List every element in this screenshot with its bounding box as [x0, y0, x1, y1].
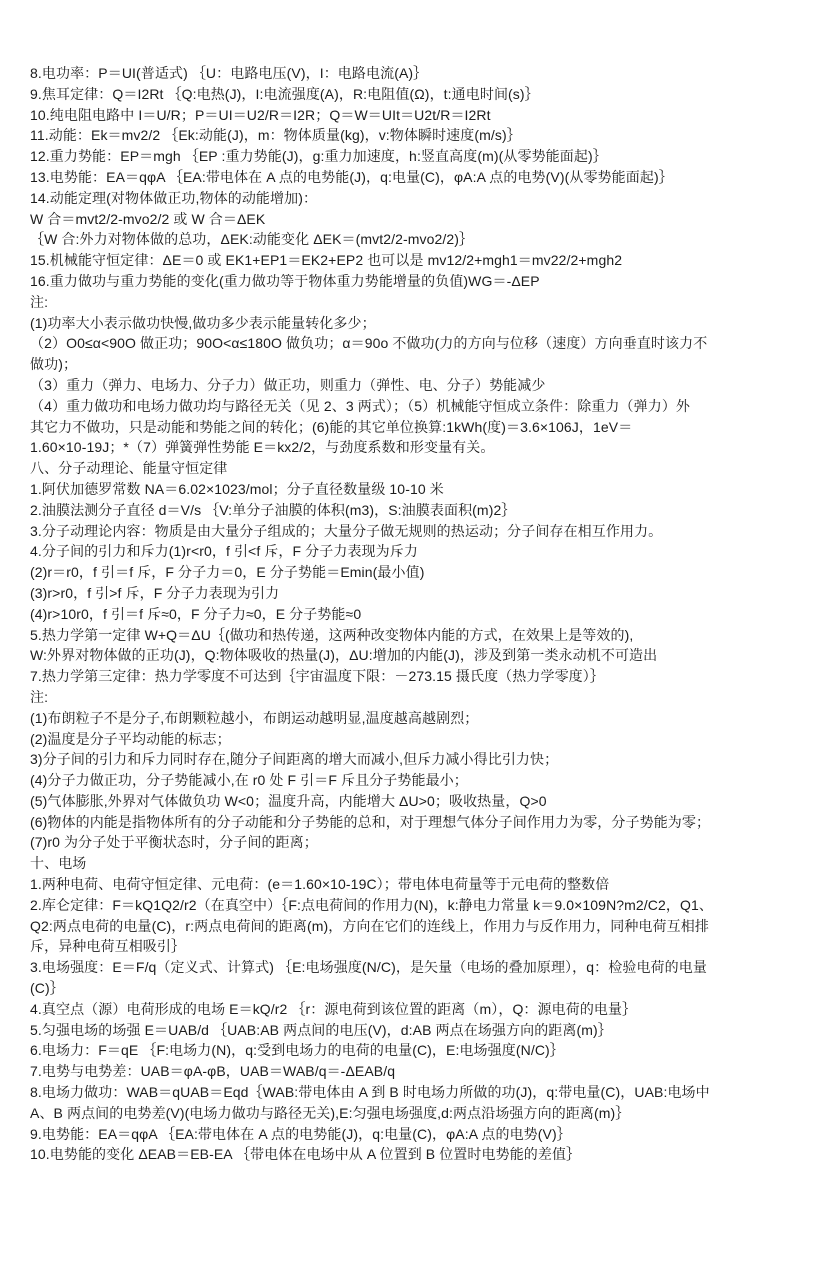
text-line: 1.两种电荷、电荷守恒定律、元电荷：(e＝1.60×10-19C）；带电体电荷量…: [30, 874, 817, 895]
text-line: 5.匀强电场的场强 E＝UAB/d ｛UAB:AB 两点间的电压(V)，d:AB…: [30, 1020, 817, 1041]
text-line: W:外界对物体做的正功(J)，Q:物体吸收的热量(J)，ΔU:增加的内能(J)，…: [30, 645, 817, 666]
text-line: （2）O0≤α<90O 做正功；90O<α≤180O 做负功；α＝90o 不做功…: [30, 333, 817, 354]
text-line: (7)r0 为分子处于平衡状态时，分子间的距离；: [30, 832, 817, 853]
text-line: 14.动能定理(对物体做正功,物体的动能增加)：: [30, 188, 817, 209]
text-line: 10.纯电阻电路中 I＝U/R；P＝UI＝U2/R＝I2R；Q＝W＝UIt＝U2…: [30, 105, 817, 126]
text-line: 12.重力势能：EP＝mgh ｛EP :重力势能(J)，g:重力加速度，h:竖直…: [30, 146, 817, 167]
text-line: (3)r>r0，f 引>f 斥，F 分子力表现为引力: [30, 583, 817, 604]
text-line: 6.电场力：F＝qE ｛F:电场力(N)，q:受到电场力的电荷的电量(C)，E:…: [30, 1040, 817, 1061]
text-line: 9.焦耳定律：Q＝I2Rt ｛Q:电热(J)，I:电流强度(A)，R:电阻值(Ω…: [30, 84, 817, 105]
text-line: 7.电势与电势差：UAB＝φA-φB，UAB＝WAB/q＝-ΔEAB/q: [30, 1061, 817, 1082]
text-line: 3)分子间的引力和斥力同时存在,随分子间距离的增大而减小,但斥力减小得比引力快；: [30, 749, 817, 770]
text-line: 其它力不做功，只是动能和势能之间的转化；(6)能的其它单位换算:1kWh(度)＝…: [30, 417, 817, 438]
document-page: 8.电功率：P＝UI(普适式) ｛U：电路电压(V)，I：电路电流(A)｝ 9.…: [0, 0, 837, 1262]
section-heading-electric-field: 十、电场: [30, 853, 817, 874]
text-line: (6)物体的内能是指物体所有的分子动能和分子势能的总和，对于理想气体分子间作用力…: [30, 812, 817, 833]
text-line: 2.油膜法测分子直径 d＝V/s ｛V:单分子油膜的体积(m3)，S:油膜表面积…: [30, 500, 817, 521]
text-line: A、B 两点间的电势差(V)(电场力做功与路径无关),E:匀强电场强度,d:两点…: [30, 1103, 817, 1124]
text-line: 2.库仑定律：F＝kQ1Q2/r2（在真空中）｛F:点电荷间的作用力(N)，k:…: [30, 895, 817, 916]
text-line: （4）重力做功和电场力做功均与路径无关（见 2、3 两式）；（5）机械能守恒成立…: [30, 396, 817, 417]
text-line: 16.重力做功与重力势能的变化(重力做功等于物体重力势能增量的负值)WG＝-ΔE…: [30, 271, 817, 292]
text-line: 1.阿伏加德罗常数 NA＝6.02×1023/mol；分子直径数量级 10-10…: [30, 479, 817, 500]
text-line: 7.热力学第三定律：热力学零度不可达到｛宇宙温度下限：－273.15 摄氏度（热…: [30, 666, 817, 687]
text-line: 8.电场力做功：WAB＝qUAB＝Eqd｛WAB:带电体由 A 到 B 时电场力…: [30, 1082, 817, 1103]
text-line: 1.60×10-19J；*（7）弹簧弹性势能 E＝kx2/2，与劲度系数和形变量…: [30, 437, 817, 458]
text-line: 做功)；: [30, 354, 817, 375]
text-line: 9.电势能：EA＝qφA ｛EA:带电体在 A 点的电势能(J)，q:电量(C)…: [30, 1124, 817, 1145]
section-heading-molecular-theory: 八、分子动理论、能量守恒定律: [30, 458, 817, 479]
text-line: (4)分子力做正功，分子势能减小,在 r0 处 F 引＝F 斥且分子势能最小；: [30, 770, 817, 791]
text-line: Q2:两点电荷的电量(C)，r:两点电荷间的距离(m)，方向在它们的连线上，作用…: [30, 916, 817, 937]
text-line: (1)功率大小表示做功快慢,做功多少表示能量转化多少；: [30, 313, 817, 334]
note-label: 注:: [30, 292, 817, 313]
text-line: (4)r>10r0，f 引＝f 斥≈0，F 分子力≈0，E 分子势能≈0: [30, 604, 817, 625]
text-line: 斥，异种电荷互相吸引｝: [30, 936, 817, 957]
text-line: 8.电功率：P＝UI(普适式) ｛U：电路电压(V)，I：电路电流(A)｝: [30, 63, 817, 84]
text-line: 4.分子间的引力和斥力(1)r<r0，f 引<f 斥，F 分子力表现为斥力: [30, 541, 817, 562]
text-line: (2)r＝r0，f 引＝f 斥，F 分子力＝0，E 分子势能＝Emin(最小值): [30, 562, 817, 583]
text-line: 10.电势能的变化 ΔEAB＝EB-EA ｛带电体在电场中从 A 位置到 B 位…: [30, 1144, 817, 1165]
text-line: 11.动能：Ek＝mv2/2 ｛Ek:动能(J)，m：物体质量(kg)，v:物体…: [30, 125, 817, 146]
text-line: (2)温度是分子平均动能的标志；: [30, 729, 817, 750]
text-line: （3）重力（弹力、电场力、分子力）做正功，则重力（弹性、电、分子）势能减少: [30, 375, 817, 396]
text-line: ｛W 合:外力对物体做的总功，ΔEK:动能变化 ΔEK＝(mvt2/2-mvo2…: [30, 229, 817, 250]
text-line: 5.热力学第一定律 W+Q＝ΔU｛(做功和热传递，这两种改变物体内能的方式，在效…: [30, 625, 817, 646]
note-label: 注:: [30, 687, 817, 708]
text-line: (5)气体膨胀,外界对气体做负功 W<0；温度升高，内能增大 ΔU>0；吸收热量…: [30, 791, 817, 812]
text-line: 3.电场强度：E＝F/q（定义式、计算式) ｛E:电场强度(N/C)，是矢量（电…: [30, 957, 817, 978]
text-line: 15.机械能守恒定律：ΔE＝0 或 EK1+EP1＝EK2+EP2 也可以是 m…: [30, 250, 817, 271]
text-line: 4.真空点（源）电荷形成的电场 E＝kQ/r2 ｛r：源电荷到该位置的距离（m）…: [30, 999, 817, 1020]
text-line: W 合＝mvt2/2-mvo2/2 或 W 合＝ΔEK: [30, 209, 817, 230]
text-line: 13.电势能：EA＝qφA ｛EA:带电体在 A 点的电势能(J)，q:电量(C…: [30, 167, 817, 188]
text-line: (C)｝: [30, 978, 817, 999]
text-line: (1)布朗粒子不是分子,布朗颗粒越小，布朗运动越明显,温度越高越剧烈；: [30, 708, 817, 729]
text-line: 3.分子动理论内容：物质是由大量分子组成的；大量分子做无规则的热运动；分子间存在…: [30, 521, 817, 542]
